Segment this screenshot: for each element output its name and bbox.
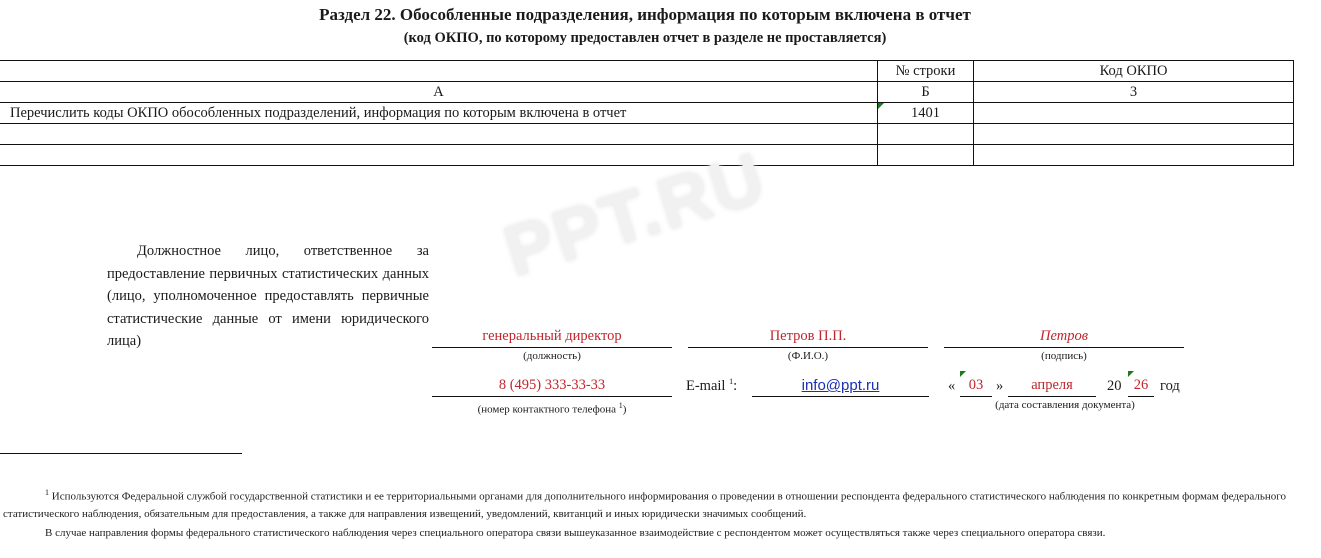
table-row bbox=[0, 145, 1294, 166]
date-year-prefix: 20 bbox=[1107, 378, 1122, 395]
name-caption: (Ф.И.О.) bbox=[688, 350, 928, 362]
footnote-ref: 1 bbox=[45, 488, 49, 497]
section-subtitle: (код ОКПО, по которому предоставлен отче… bbox=[0, 30, 1290, 47]
date-close-quote: » bbox=[996, 378, 1003, 395]
date-day-field[interactable]: 03 bbox=[960, 377, 992, 397]
letter-cell-3: 3 bbox=[974, 82, 1294, 103]
footnote-1-text: Используются Федеральной службой государ… bbox=[3, 491, 1286, 520]
cell-comment-marker-icon bbox=[878, 103, 884, 109]
header-cell-line-no: № строки bbox=[878, 61, 974, 82]
row-okpo-input[interactable] bbox=[974, 124, 1294, 145]
cell-comment-marker-icon bbox=[960, 371, 966, 377]
position-field[interactable]: генеральный директор bbox=[432, 328, 672, 348]
row-okpo-input[interactable] bbox=[974, 103, 1294, 124]
header-cell-a bbox=[0, 61, 878, 82]
name-field[interactable]: Петров П.П. bbox=[688, 328, 928, 348]
row-okpo-input[interactable] bbox=[974, 145, 1294, 166]
date-caption: (дата составления документа) bbox=[960, 399, 1170, 411]
letter-cell-a: А bbox=[0, 82, 878, 103]
phone-field[interactable]: 8 (495) 333-33-33 bbox=[432, 377, 672, 397]
email-link[interactable]: info@ppt.ru bbox=[802, 377, 880, 394]
table-letters-row: А Б 3 bbox=[0, 82, 1294, 103]
date-open-quote: « bbox=[948, 378, 955, 395]
table-row: Перечислить коды ОКПО обособленных подра… bbox=[0, 103, 1294, 124]
table-header-row: № строки Код ОКПО bbox=[0, 61, 1294, 82]
signature-caption: (подпись) bbox=[944, 350, 1184, 362]
letter-cell-b: Б bbox=[878, 82, 974, 103]
date-month-field[interactable]: апреля bbox=[1008, 377, 1096, 397]
date-day-value: 03 bbox=[969, 377, 984, 393]
footnote-divider bbox=[0, 453, 242, 454]
table-row bbox=[0, 124, 1294, 145]
line-no-value: 1401 bbox=[911, 105, 940, 121]
official-description: Должностное лицо, ответственное за предо… bbox=[107, 240, 429, 353]
email-label: E-mail 1: bbox=[686, 377, 737, 395]
footnote-2: В случае направления формы федерального … bbox=[3, 525, 1286, 542]
row-line-no: 1401 bbox=[878, 103, 974, 124]
email-colon: : bbox=[733, 378, 737, 394]
phone-caption: (номер контактного телефона 1) bbox=[432, 401, 672, 416]
signature-field[interactable]: Петров bbox=[944, 328, 1184, 348]
row-line-no[interactable] bbox=[878, 124, 974, 145]
phone-caption-end: ) bbox=[623, 404, 627, 416]
row-label: Перечислить коды ОКПО обособленных подра… bbox=[0, 103, 878, 124]
section-title: Раздел 22. Обособленные подразделения, и… bbox=[0, 5, 1290, 25]
email-field[interactable]: info@ppt.ru bbox=[752, 377, 929, 397]
footnote-1: 1 Используются Федеральной службой госуд… bbox=[3, 484, 1286, 523]
date-year-word: год bbox=[1160, 378, 1180, 395]
okpo-table: № строки Код ОКПО А Б 3 Перечислить коды… bbox=[0, 60, 1294, 166]
header-cell-okpo: Код ОКПО bbox=[974, 61, 1294, 82]
email-label-text: E-mail bbox=[686, 378, 729, 394]
position-caption: (должность) bbox=[432, 350, 672, 362]
date-year-field[interactable]: 26 bbox=[1128, 377, 1154, 397]
row-line-no[interactable] bbox=[878, 145, 974, 166]
phone-caption-text: (номер контактного телефона bbox=[478, 404, 619, 416]
cell-comment-marker-icon bbox=[1128, 371, 1134, 377]
date-year-value: 26 bbox=[1134, 377, 1149, 393]
